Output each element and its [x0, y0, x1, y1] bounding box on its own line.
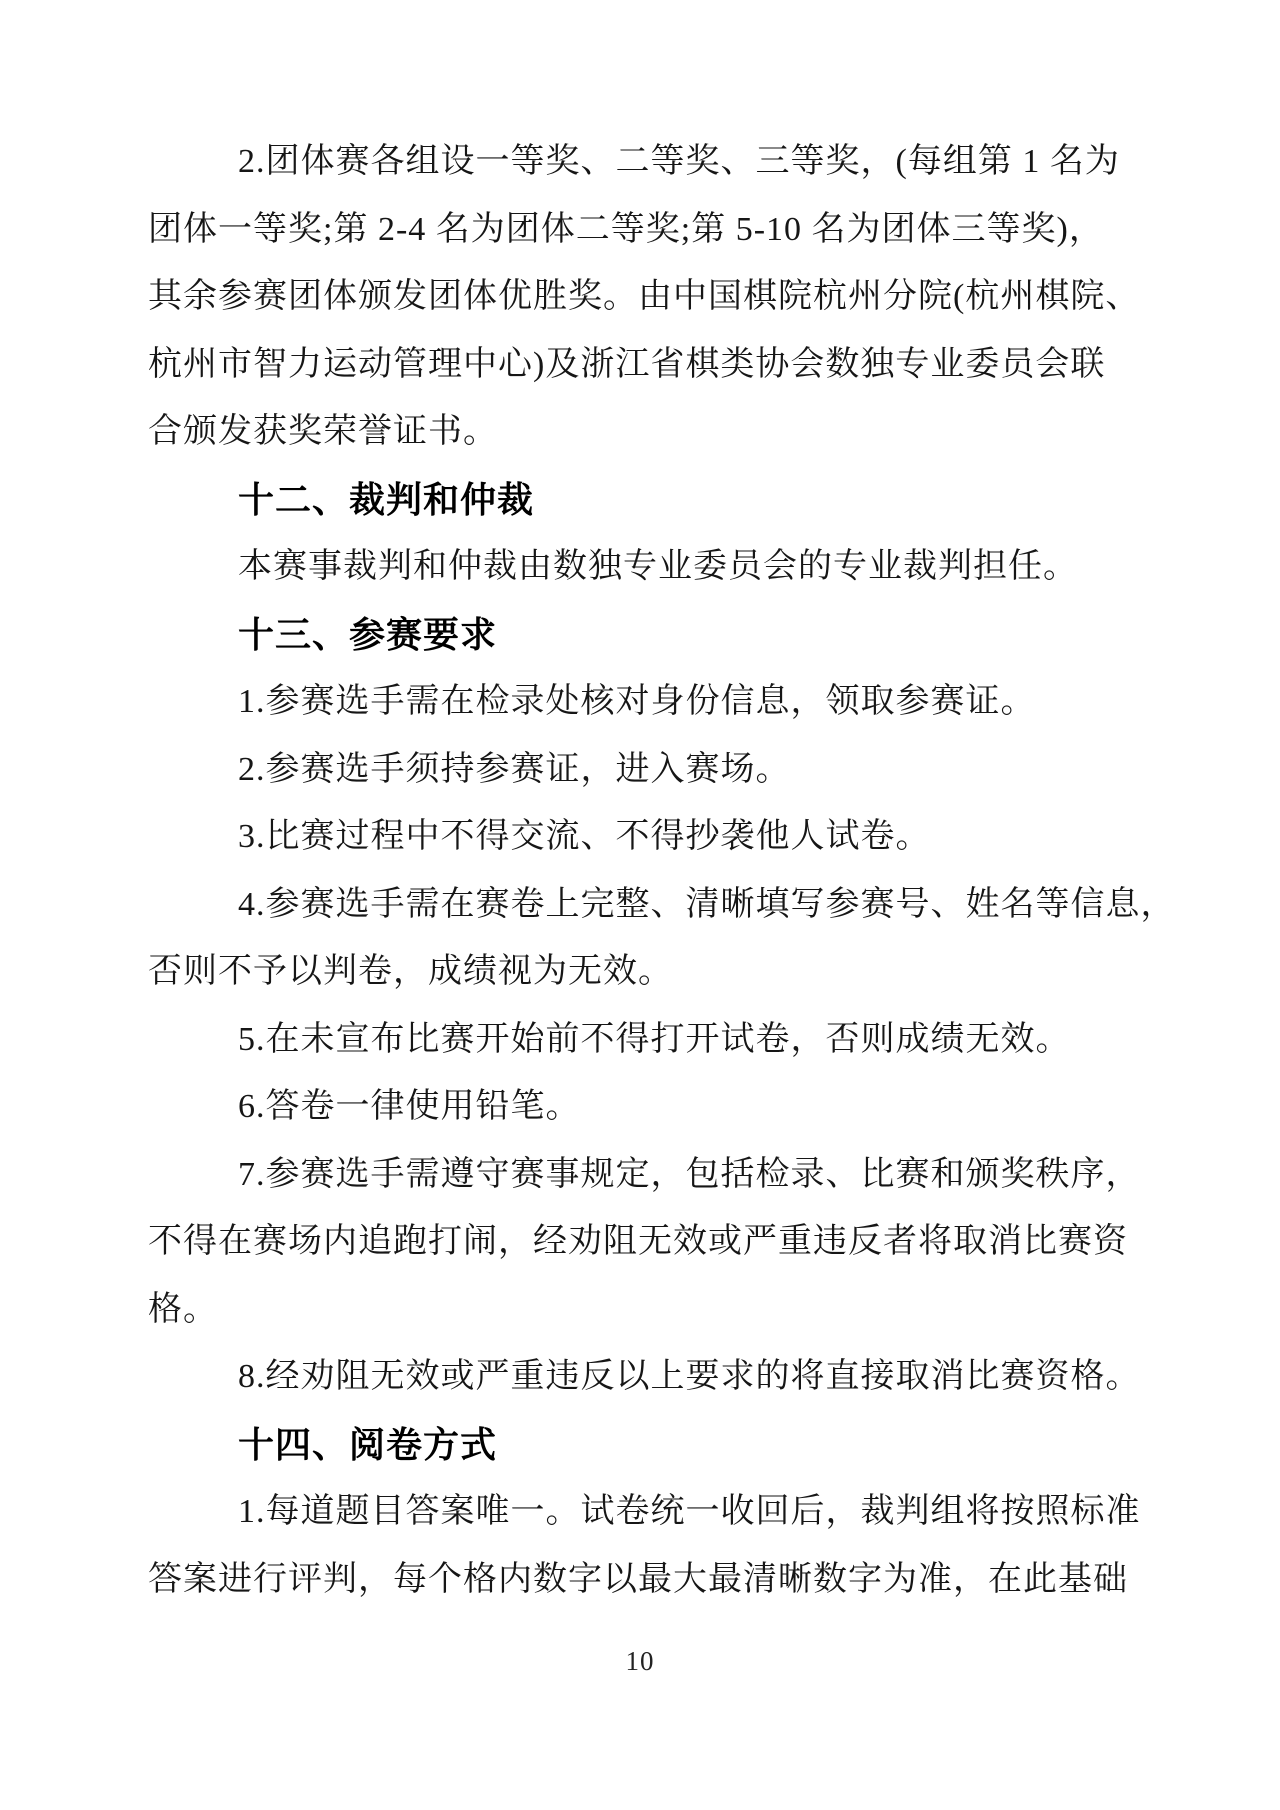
paragraph-line: 团体一等奖;第 2-4 名为团体二等奖;第 5-10 名为团体三等奖)，	[148, 196, 1140, 264]
paragraph-line: 本赛事裁判和仲裁由数独专业委员会的专业裁判担任。	[148, 533, 1140, 601]
list-item-line: 1.每道题目答案唯一。试卷统一收回后，裁判组将按照标准	[148, 1478, 1140, 1546]
section-heading-judges: 十二、裁判和仲裁	[148, 466, 1140, 534]
document-page: 2.团体赛各组设一等奖、二等奖、三等奖，(每组第 1 名为 团体一等奖;第 2-…	[0, 0, 1280, 1810]
section-heading-requirements: 十三、参赛要求	[148, 601, 1140, 669]
list-item-line: 否则不予以判卷，成绩视为无效。	[148, 938, 1140, 1006]
list-item-line: 不得在赛场内追跑打闹，经劝阻无效或严重违反者将取消比赛资	[148, 1208, 1140, 1276]
document-body: 2.团体赛各组设一等奖、二等奖、三等奖，(每组第 1 名为 团体一等奖;第 2-…	[148, 128, 1140, 1613]
page-number: 10	[0, 1646, 1280, 1677]
list-item-line: 7.参赛选手需遵守赛事规定，包括检录、比赛和颁奖秩序，	[148, 1141, 1140, 1209]
list-item-line: 4.参赛选手需在赛卷上完整、清晰填写参赛号、姓名等信息，	[148, 871, 1140, 939]
list-item-line: 1.参赛选手需在检录处核对身份信息，领取参赛证。	[148, 668, 1140, 736]
list-item-line: 5.在未宣布比赛开始前不得打开试卷，否则成绩无效。	[148, 1006, 1140, 1074]
list-item-line: 答案进行评判，每个格内数字以最大最清晰数字为准，在此基础	[148, 1546, 1140, 1614]
section-heading-grading: 十四、阅卷方式	[148, 1411, 1140, 1479]
list-item-line: 8.经劝阻无效或严重违反以上要求的将直接取消比赛资格。	[148, 1343, 1140, 1411]
list-item-line: 3.比赛过程中不得交流、不得抄袭他人试卷。	[148, 803, 1140, 871]
paragraph-line: 其余参赛团体颁发团体优胜奖。由中国棋院杭州分院(杭州棋院、	[148, 263, 1140, 331]
list-item-line: 格。	[148, 1276, 1140, 1344]
list-item-line: 2.参赛选手须持参赛证，进入赛场。	[148, 736, 1140, 804]
paragraph-line: 2.团体赛各组设一等奖、二等奖、三等奖，(每组第 1 名为	[148, 128, 1140, 196]
paragraph-line: 合颁发获奖荣誉证书。	[148, 398, 1140, 466]
list-item-line: 6.答卷一律使用铅笔。	[148, 1073, 1140, 1141]
paragraph-line: 杭州市智力运动管理中心)及浙江省棋类协会数独专业委员会联	[148, 331, 1140, 399]
